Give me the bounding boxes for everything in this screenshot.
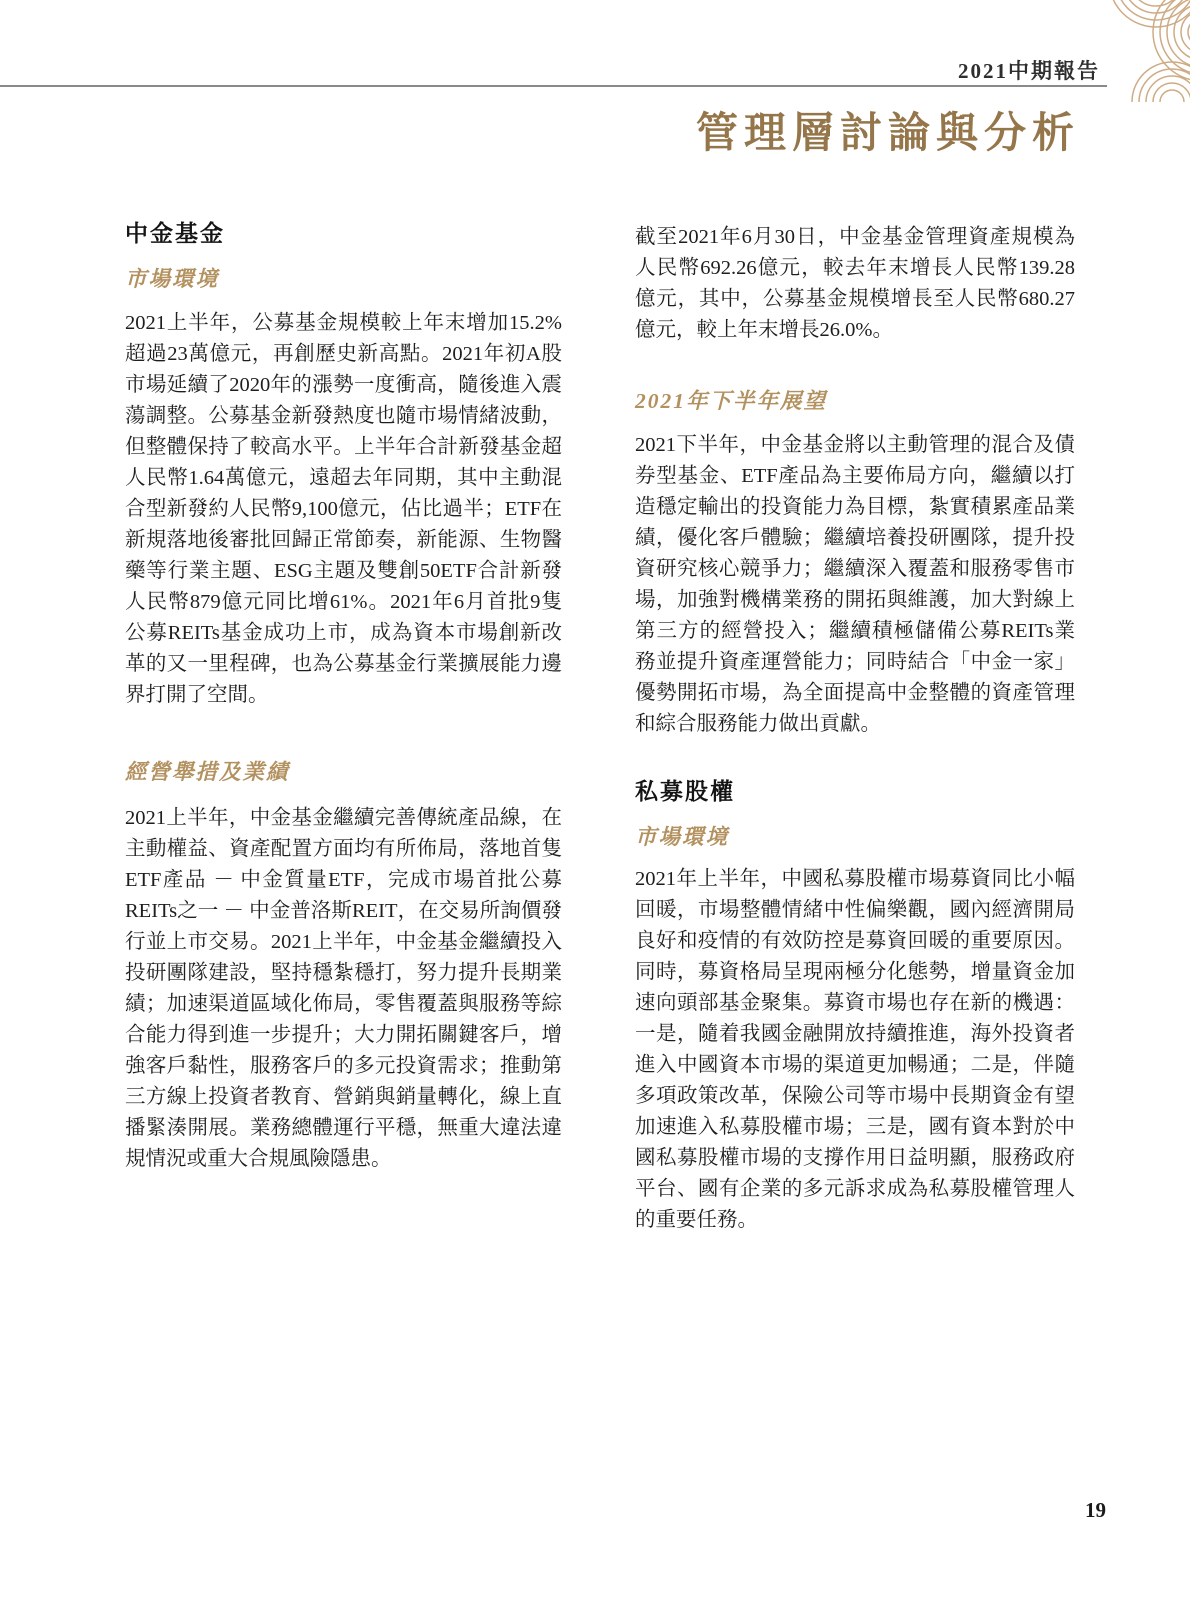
header-divider	[0, 85, 1107, 87]
section-heading-private-equity: 私募股權	[635, 776, 1075, 808]
paragraph-aum: 截至2021年6月30日，中金基金管理資產規模為人民幣692.26億元，較去年末…	[635, 222, 1075, 346]
subheading-outlook-h2-2021: 2021年下半年展望	[635, 386, 1075, 416]
paragraph-operations-results: 2021上半年，中金基金繼續完善傳統產品線，在主動權益、資產配置方面均有所佈局，…	[125, 803, 562, 1175]
paragraph-pe-market-environment: 2021年上半年，中國私募股權市場募資同比小幅回暖，市場整體情緒中性偏樂觀，國內…	[635, 864, 1075, 1236]
section-heading-cicc-fund: 中金基金	[125, 218, 562, 250]
report-title: 2021中期報告	[958, 55, 1100, 85]
left-column: 中金基金 市場環境 2021上半年，公募基金規模較上年末增加15.2%超過23萬…	[125, 210, 562, 1175]
report-page: 2021中期報告 管理層討論與分析 中金基金 市場環境 2021上半年，公募基金…	[0, 0, 1190, 1615]
paragraph-market-environment: 2021上半年，公募基金規模較上年末增加15.2%超過23萬億元，再創歷史新高點…	[125, 308, 562, 711]
subheading-market-environment: 市場環境	[125, 264, 562, 294]
paragraph-outlook: 2021下半年，中金基金將以主動管理的混合及債券型基金、ETF產品為主要佈局方向…	[635, 430, 1075, 740]
page-title: 管理層討論與分析	[696, 100, 1080, 160]
subheading-operations-results: 經營舉措及業績	[125, 757, 562, 787]
subheading-pe-market-environment: 市場環境	[635, 822, 1075, 852]
page-number: 19	[1085, 1498, 1106, 1523]
right-column: 截至2021年6月30日，中金基金管理資產規模為人民幣692.26億元，較去年末…	[635, 210, 1075, 1236]
